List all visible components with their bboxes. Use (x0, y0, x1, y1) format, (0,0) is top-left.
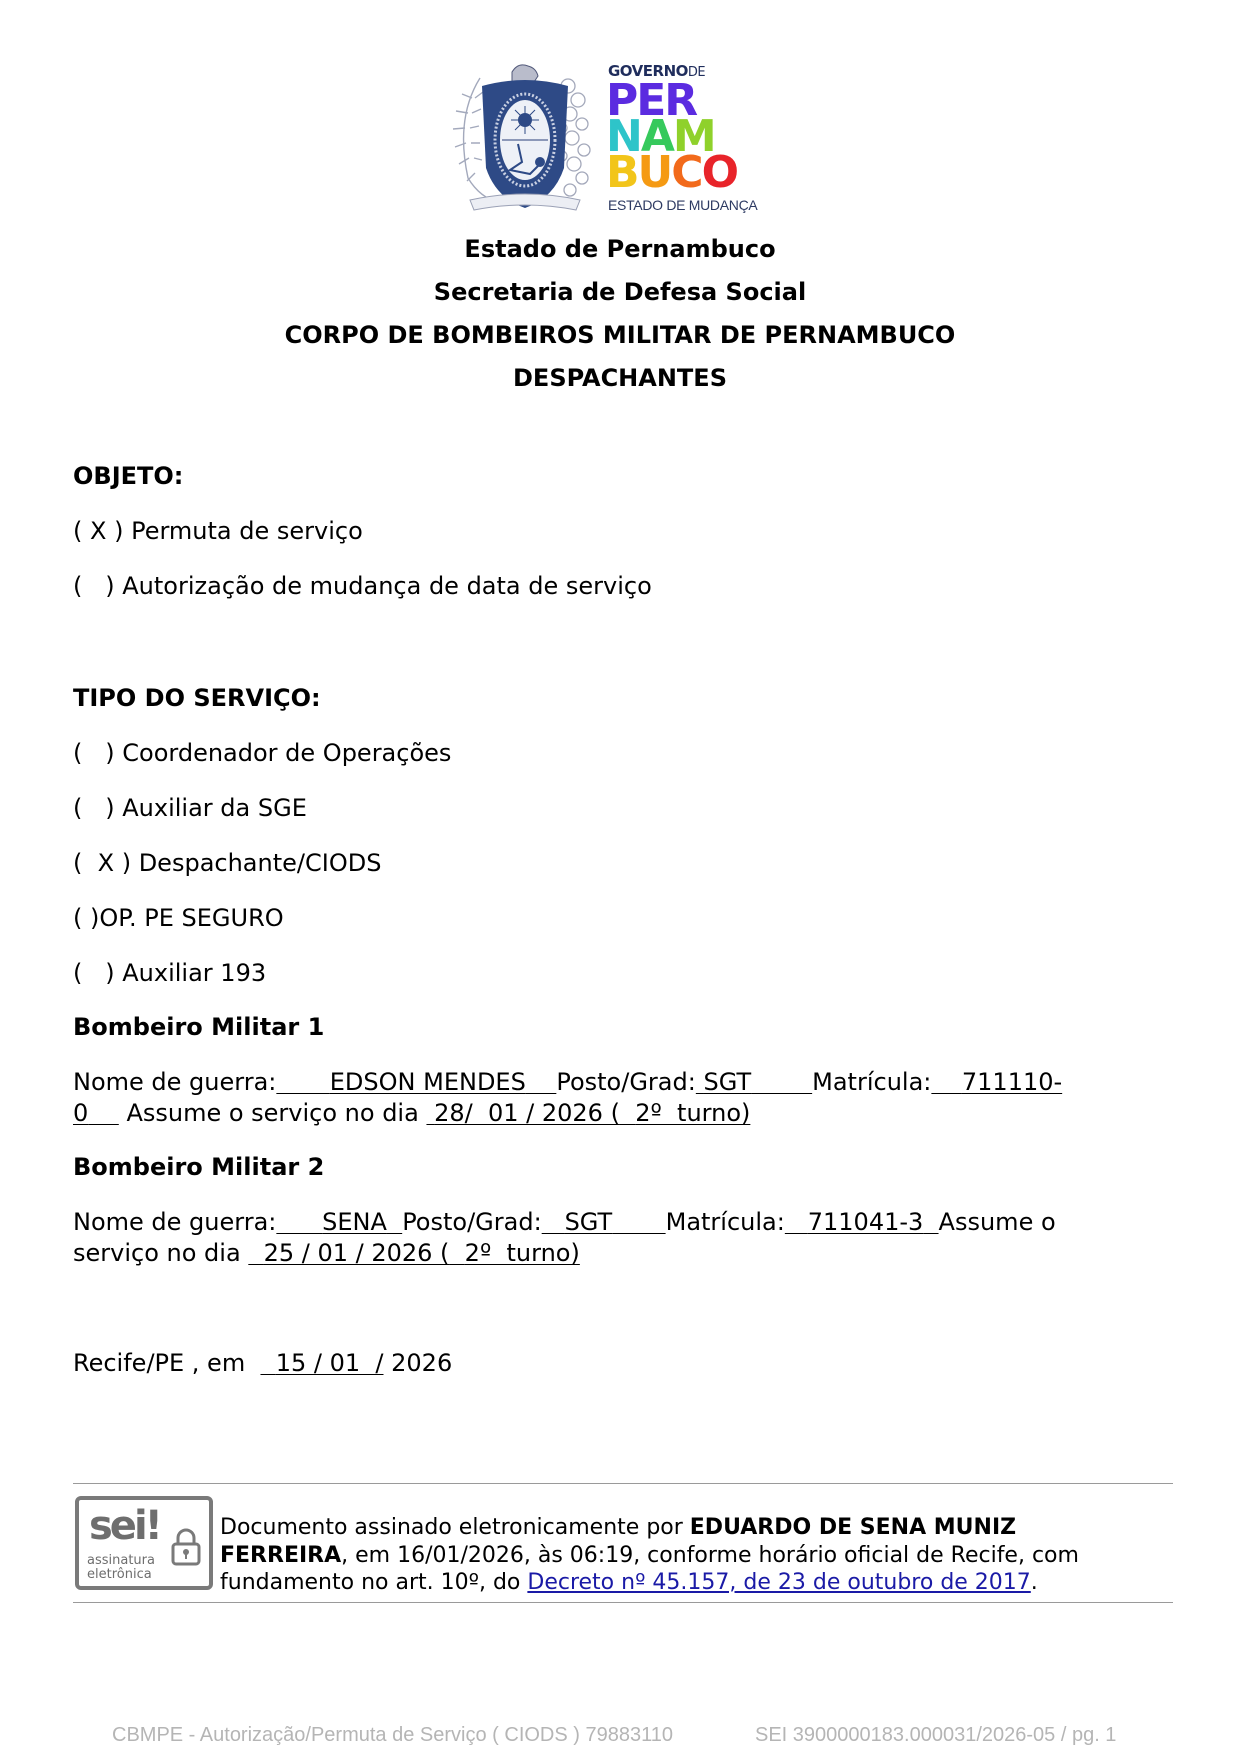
checkbox-mark: ( X ) (73, 849, 131, 877)
bombeiro1-details: Nome de guerra: EDSON MENDES Posto/Grad:… (73, 1067, 1173, 1129)
document-date-field[interactable]: 15 / 01 / (260, 1349, 383, 1377)
option-label: Auxiliar da SGE (122, 794, 307, 822)
bombeiro2-details: Nome de guerra: SENA Posto/Grad: SGT Mat… (73, 1207, 1173, 1269)
sei-wordmark: sei! (89, 1502, 160, 1550)
option-label: Permuta de serviço (131, 517, 363, 545)
logo-tagline: ESTADO DE MUDANÇA (608, 197, 757, 213)
local-label: Recife/PE , em (73, 1349, 245, 1377)
option-label: Autorização de mudança de data de serviç… (122, 572, 652, 600)
objeto-option-permuta[interactable]: ( X ) Permuta de serviço (73, 516, 363, 546)
tipo-option-despachante[interactable]: ( X ) Despachante/CIODS (73, 848, 381, 878)
objeto-title: OBJETO: (73, 461, 183, 491)
tipo-option-pe-seguro[interactable]: ( )OP. PE SEGURO (73, 903, 284, 933)
signature-text-c: . (1031, 1570, 1038, 1595)
tipo-option-auxiliar-sge[interactable]: ( ) Auxiliar da SGE (73, 793, 307, 823)
bombeiro1-nome-field[interactable]: EDSON MENDES (276, 1068, 556, 1096)
option-label: Auxiliar 193 (122, 959, 266, 987)
nome-label: Nome de guerra: (73, 1068, 276, 1096)
document-year: 2026 (391, 1349, 452, 1377)
signature-bottom-divider (73, 1602, 1173, 1603)
bombeiro2-nome-field[interactable]: SENA (276, 1208, 402, 1236)
pernambuco-coat-of-arms (450, 58, 600, 218)
checkbox-mark: ( ) (73, 959, 115, 987)
tipo-option-coordenador[interactable]: ( ) Coordenador de Operações (73, 738, 451, 768)
lock-icon (171, 1528, 201, 1566)
governo-pernambuco-logo: GOVERNODE PER NAM BUCO ESTADO DE MUDANÇA (606, 58, 806, 218)
option-label: OP. PE SEGURO (99, 904, 283, 932)
footer-process-number: SEI 3900000183.000031/2026-05 / pg. 1 (755, 1724, 1116, 1747)
bombeiro2-posto-field[interactable]: SGT (542, 1208, 666, 1236)
checkbox-mark: ( ) (73, 739, 115, 767)
header-secretariat: Secretaria de Defesa Social (0, 277, 1240, 307)
option-label: Coordenador de Operações (122, 739, 451, 767)
bombeiro1-matricula-field-cont[interactable]: 0 (73, 1099, 119, 1127)
coat-of-arms-icon (450, 58, 600, 218)
bombeiro1-data-field[interactable]: 28/ 01 / 2026 ( 2º turno) (426, 1099, 750, 1127)
option-label: Despachante/CIODS (139, 849, 382, 877)
assume-label: Assume o serviço no dia (126, 1099, 418, 1127)
checkbox-mark: ( ) (73, 904, 99, 932)
bombeiro2-data-field[interactable]: 25 / 01 / 2026 ( 2º turno) (248, 1239, 580, 1267)
matricula-label: Matrícula: (812, 1068, 931, 1096)
matricula-label: Matrícula: (666, 1208, 785, 1236)
signature-statement: Documento assinado eletronicamente por E… (220, 1514, 1140, 1597)
checkbox-mark: ( ) (73, 572, 115, 600)
bombeiro2-matricula-field[interactable]: 711041-3 (785, 1208, 939, 1236)
bombeiro2-title: Bombeiro Militar 2 (73, 1152, 324, 1182)
sei-signature-logo: sei! assinatura eletrônica (75, 1496, 213, 1590)
bombeiro1-title: Bombeiro Militar 1 (73, 1012, 324, 1042)
local-data-line: Recife/PE , em 15 / 01 / 2026 (73, 1348, 452, 1378)
sei-sub-2: eletrônica (87, 1568, 152, 1582)
tipo-option-auxiliar-193[interactable]: ( ) Auxiliar 193 (73, 958, 266, 988)
checkbox-mark: ( ) (73, 794, 115, 822)
assume-label-cont: serviço no dia (73, 1239, 241, 1267)
signature-top-divider (73, 1483, 1173, 1484)
checkbox-mark: ( X ) (73, 517, 123, 545)
logo-buco-text: BUCO (606, 155, 737, 191)
header-state: Estado de Pernambuco (0, 234, 1240, 264)
sei-sub-1: assinatura (87, 1554, 155, 1568)
bombeiro1-posto-field[interactable]: SGT (696, 1068, 812, 1096)
assume-label: Assume o (939, 1208, 1056, 1236)
posto-label: Posto/Grad: (402, 1208, 541, 1236)
tipo-servico-title: TIPO DO SERVIÇO: (73, 683, 321, 713)
header-department: DESPACHANTES (0, 363, 1240, 393)
posto-label: Posto/Grad: (556, 1068, 695, 1096)
decree-link[interactable]: Decreto nº 45.157, de 23 de outubro de 2… (527, 1570, 1030, 1595)
header-corps: CORPO DE BOMBEIROS MILITAR DE PERNAMBUCO (0, 320, 1240, 350)
objeto-option-autorizacao[interactable]: ( ) Autorização de mudança de data de se… (73, 571, 652, 601)
footer-document-title: CBMPE - Autorização/Permuta de Serviço (… (112, 1724, 673, 1747)
bombeiro1-matricula-field[interactable]: 711110- (931, 1068, 1062, 1096)
signature-text-a: Documento assinado eletronicamente por (220, 1515, 690, 1540)
nome-label: Nome de guerra: (73, 1208, 276, 1236)
